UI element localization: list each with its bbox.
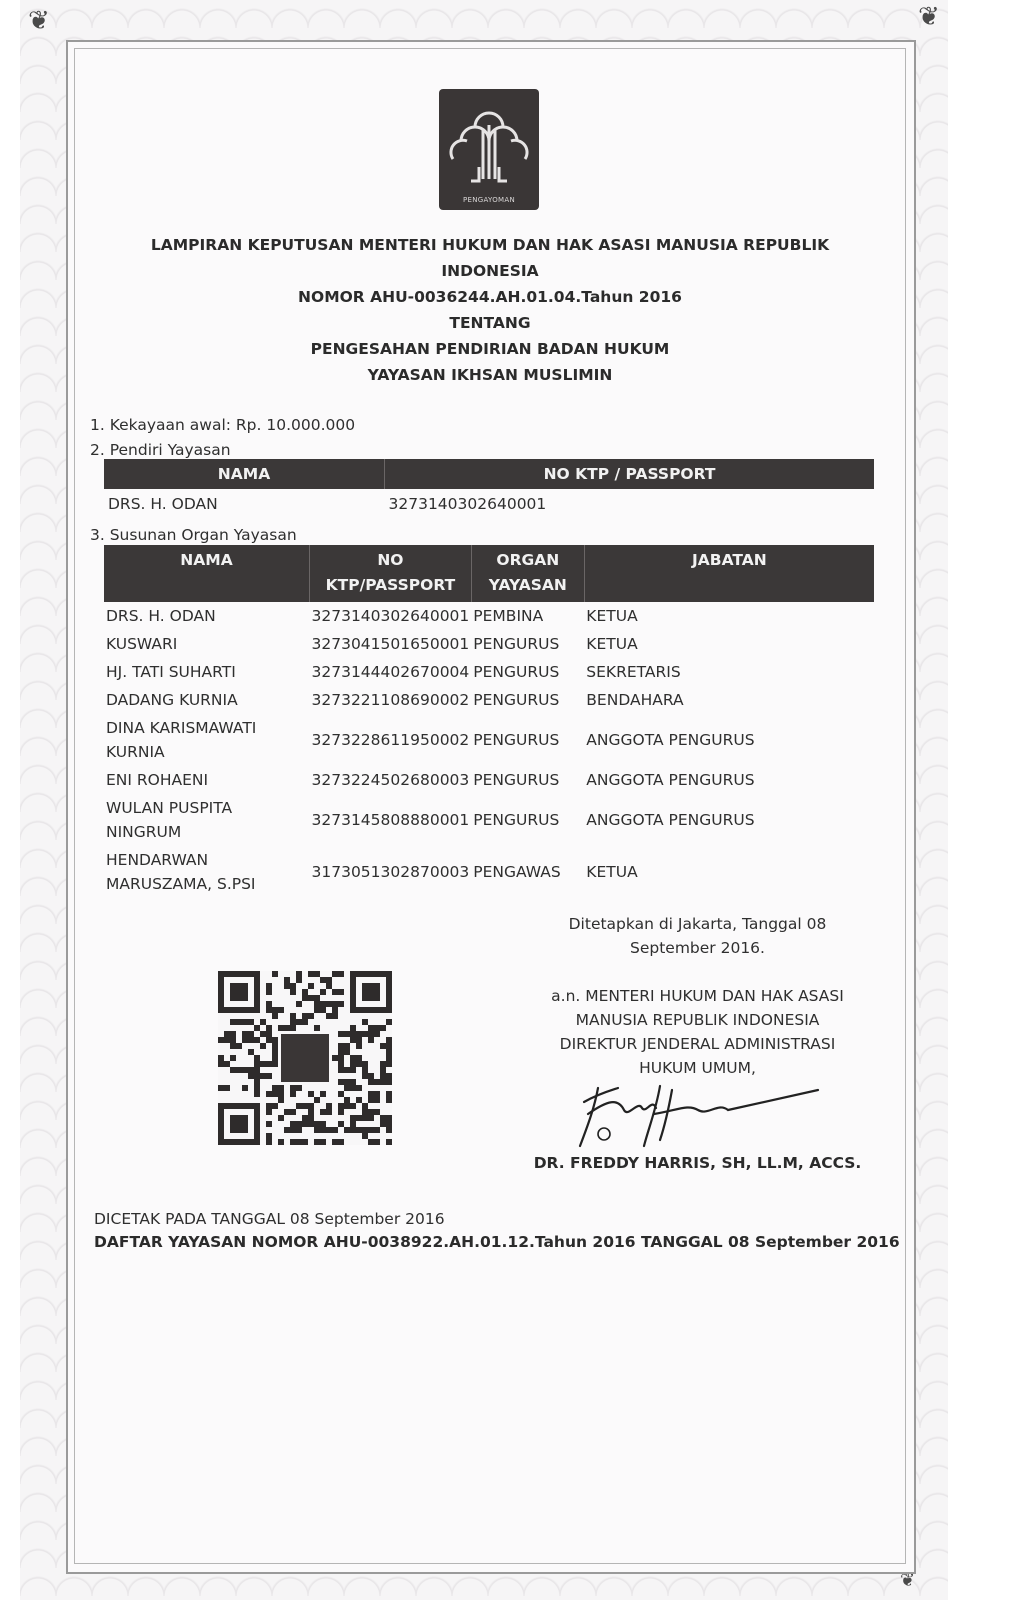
heading-line: LAMPIRAN KEPUTUSAN MENTERI HUKUM DAN HAK… [110,232,870,284]
member-position: ANGGOTA PENGURUS [584,794,874,846]
table-row: DINA KARISMAWATI KURNIA3273228611950002P… [104,714,874,766]
member-organ: PENGURUS [471,714,584,766]
on-behalf-of: a.n. MENTERI HUKUM DAN HAK ASASI MANUSIA… [520,984,875,1032]
member-id: 3273221108690002 [310,686,472,714]
table-row: WULAN PUSPITA NINGRUM3273145808880001PEN… [104,794,874,846]
initial-assets: 1. Kekayaan awal: Rp. 10.000.000 [90,414,355,436]
organ-table: NAMA NO KTP/PASSPORT ORGAN YAYASAN JABAT… [104,545,874,898]
member-id: 3173051302870003 [310,846,472,898]
column-header: NO KTP / PASSPORT [385,459,875,489]
table-row: DRS. H. ODAN 3273140302640001 [104,489,874,519]
founder-id: 3273140302640001 [385,489,875,519]
member-name: DRS. H. ODAN [104,602,310,630]
column-header: ORGAN YAYASAN [471,545,584,602]
founders-table: NAMA NO KTP / PASSPORT DRS. H. ODAN 3273… [104,459,874,519]
member-id: 3273041501650001 [310,630,472,658]
member-organ: PENGAWAS [471,846,584,898]
logo-caption: PENGAYOMAN [439,196,539,204]
member-id: 3273228611950002 [310,714,472,766]
member-position: KETUA [584,630,874,658]
member-organ: PEMBINA [471,602,584,630]
table-row: ENI ROHAENI3273224502680003PENGURUSANGGO… [104,766,874,794]
printed-date: DICETAK PADA TANGGAL 08 September 2016 [94,1210,445,1228]
heading-line: PENGESAHAN PENDIRIAN BADAN HUKUM [110,336,870,362]
member-id: 3273145808880001 [310,794,472,846]
section-founders: 2. Pendiri Yayasan [90,439,231,461]
signer-name: DR. FREDDY HARRIS, SH, LL.M, ACCS. [520,1154,875,1172]
column-header: NO KTP/PASSPORT [310,545,472,602]
member-position: ANGGOTA PENGURUS [584,714,874,766]
member-organ: PENGURUS [471,794,584,846]
column-header: NAMA [104,459,385,489]
corner-ornament-icon: ❦ [28,6,50,36]
member-name: HENDARWAN MARUSZAMA, S.PSI [104,846,310,898]
member-position: ANGGOTA PENGURUS [584,766,874,794]
member-position: KETUA [584,846,874,898]
member-organ: PENGURUS [471,630,584,658]
table-row: HENDARWAN MARUSZAMA, S.PSI31730513028700… [104,846,874,898]
foundation-name: YAYASAN IKHSAN MUSLIMIN [110,362,870,388]
member-name: KUSWARI [104,630,310,658]
member-position: KETUA [584,602,874,630]
member-organ: PENGURUS [471,766,584,794]
document-heading: LAMPIRAN KEPUTUSAN MENTERI HUKUM DAN HAK… [110,232,870,388]
founder-name: DRS. H. ODAN [104,489,385,519]
signer-title: DIREKTUR JENDERAL ADMINISTRASI HUKUM UMU… [520,1032,875,1080]
corner-ornament-icon: ❦ [918,2,940,32]
signature-block: Ditetapkan di Jakarta, Tanggal 08 Septem… [520,912,875,1080]
member-position: BENDAHARA [584,686,874,714]
member-name: DADANG KURNIA [104,686,310,714]
member-position: SEKRETARIS [584,658,874,686]
registry-number: DAFTAR YAYASAN NOMOR AHU-0038922.AH.01.1… [94,1233,900,1251]
table-row: KUSWARI3273041501650001PENGURUSKETUA [104,630,874,658]
member-name: HJ. TATI SUHARTI [104,658,310,686]
member-name: DINA KARISMAWATI KURNIA [104,714,310,766]
decree-number: NOMOR AHU-0036244.AH.01.04.Tahun 2016 [110,284,870,310]
table-row: DRS. H. ODAN3273140302640001PEMBINAKETUA [104,602,874,630]
column-header: NAMA [104,545,310,602]
pengayoman-logo: PENGAYOMAN [439,89,539,210]
heading-line: TENTANG [110,310,870,336]
pengayoman-tree-icon [447,97,531,187]
member-id: 3273140302640001 [310,602,472,630]
member-organ: PENGURUS [471,686,584,714]
table-row: HJ. TATI SUHARTI3273144402670004PENGURUS… [104,658,874,686]
member-id: 3273224502680003 [310,766,472,794]
member-name: ENI ROHAENI [104,766,310,794]
table-row: DADANG KURNIA3273221108690002PENGURUSBEN… [104,686,874,714]
member-organ: PENGURUS [471,658,584,686]
member-id: 3273144402670004 [310,658,472,686]
place-date: Ditetapkan di Jakarta, Tanggal 08 Septem… [520,912,875,960]
qr-code [218,964,392,1152]
column-header: JABATAN [584,545,874,602]
section-organs: 3. Susunan Organ Yayasan [90,524,297,546]
handwritten-signature-icon [568,1080,828,1150]
member-name: WULAN PUSPITA NINGRUM [104,794,310,846]
